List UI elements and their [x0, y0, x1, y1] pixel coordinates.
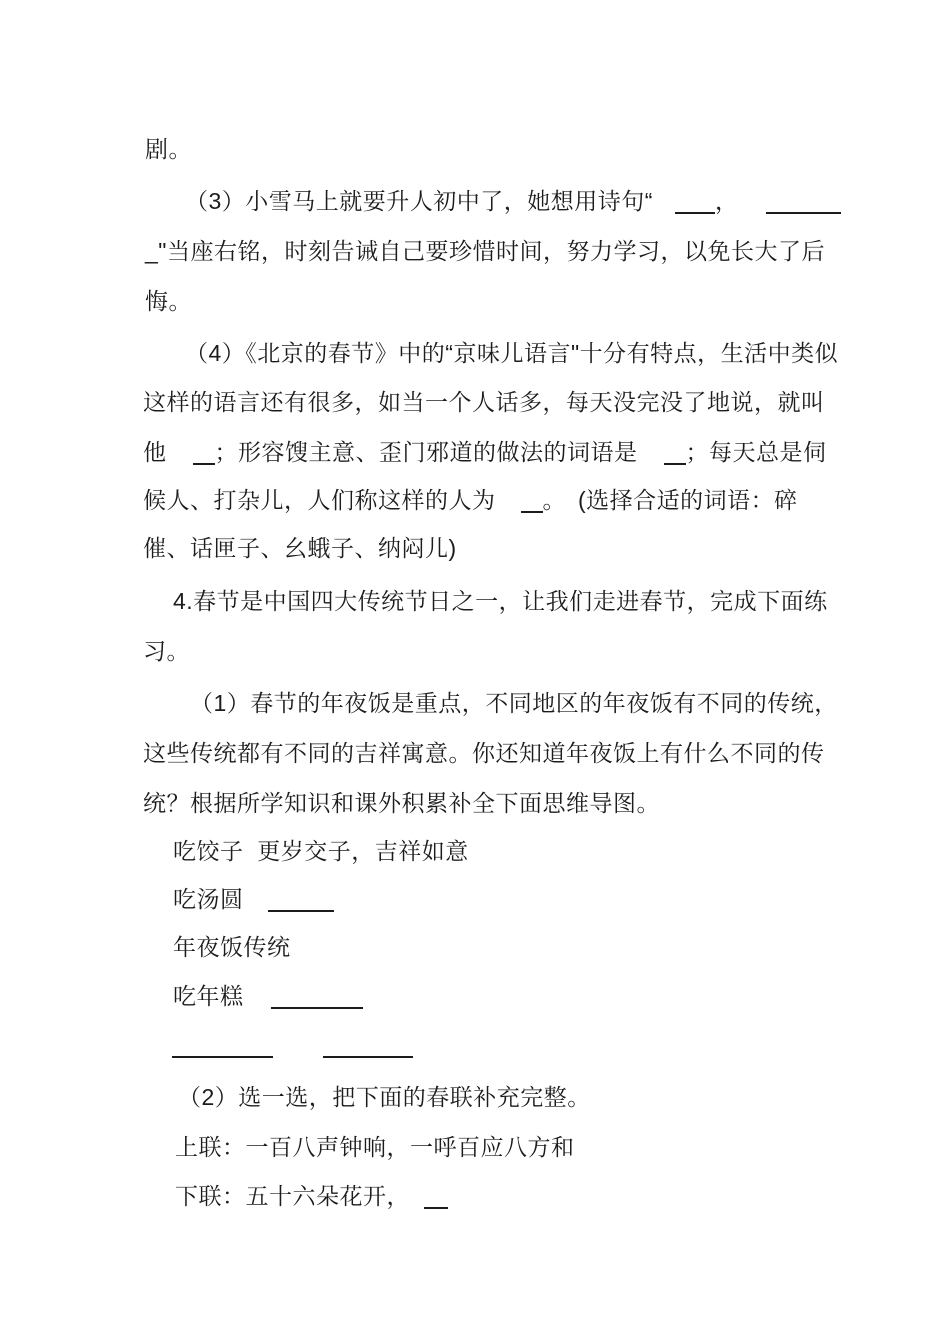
- answer-blank: [268, 910, 334, 912]
- answer-blank: [193, 463, 215, 465]
- text-run: 4.春节是中国四大传统节日之一，让我们走进春节，完成下面练: [173, 588, 828, 614]
- text-run: 统？根据所学知识和课外积累补全下面思维导图。: [143, 790, 660, 816]
- answer-blank: [521, 511, 543, 513]
- text-run: 他: [143, 439, 167, 465]
- text-run: 年夜饭传统: [173, 934, 291, 960]
- document-line: 习。: [143, 635, 190, 667]
- text-run: （1）春节的年夜饭是重点，不同地区的年夜饭有不同的传统，: [190, 690, 838, 716]
- text-run: 吃饺子 更岁交子，吉祥如意: [173, 838, 469, 864]
- text-run: 吃年糕: [173, 983, 244, 1009]
- answer-blank: [424, 1207, 448, 1209]
- document-line: 这样的语言还有很多，如当一个人话多，每天没完没了地说，就叫: [143, 386, 825, 418]
- text-run: 这样的语言还有很多，如当一个人话多，每天没完没了地说，就叫: [143, 389, 825, 415]
- text-run: 习。: [143, 638, 190, 664]
- document-line: 剧。: [145, 133, 192, 165]
- document-line: 吃年糕: [173, 980, 363, 1012]
- text-run: 催、话匣子、幺蛾子、纳闷儿): [143, 535, 457, 561]
- answer-blank: [675, 212, 715, 214]
- document-line: 上联：一百八声钟响，一呼百应八方和: [175, 1131, 575, 1163]
- answer-blank: [664, 463, 686, 465]
- document-line: 年夜饭传统: [173, 931, 291, 963]
- document-line: _"当座右铭，时刻告诫自己要珍惜时间，努力学习，以免长大了后: [145, 235, 825, 267]
- text-run: _"当座右铭，时刻告诫自己要珍惜时间，努力学习，以免长大了后: [145, 238, 825, 264]
- answer-blank: [172, 1056, 273, 1058]
- document-line: [172, 1029, 413, 1061]
- text-run: 吃汤圆: [173, 886, 244, 912]
- document-line: 催、话匣子、幺蛾子、纳闷儿): [143, 532, 457, 564]
- document-line: （4）《北京的春节》中的“京味儿语言"十分有特点，生活中类似: [185, 337, 838, 369]
- document-line: （2）选一选，把下面的春联补充完整。: [178, 1081, 591, 1113]
- document-line: 吃饺子 更岁交子，吉祥如意: [173, 835, 469, 867]
- text-run: ，: [715, 188, 739, 214]
- document-line: 悔。: [145, 285, 192, 317]
- text-run: 悔。: [145, 288, 192, 314]
- answer-blank: [271, 1007, 363, 1009]
- text-run: （2）选一选，把下面的春联补充完整。: [178, 1084, 591, 1110]
- document-page: 剧。（3）小雪马上就要升人初中了，她想用诗句“，_"当座右铭，时刻告诫自己要珍惜…: [0, 0, 950, 1344]
- answer-blank: [323, 1056, 413, 1058]
- document-line: 候人、打杂儿，人们称这样的人为。 (选择合适的词语：碎: [143, 484, 798, 516]
- document-line: 4.春节是中国四大传统节日之一，让我们走进春节，完成下面练: [173, 585, 828, 617]
- text-run: 下联：五十六朵花开，: [175, 1183, 410, 1209]
- answer-blank: [766, 212, 841, 214]
- document-line: （3）小雪马上就要升人初中了，她想用诗句“，: [185, 185, 841, 217]
- text-run: ；每天总是伺: [686, 439, 827, 465]
- text-run: 剧。: [145, 136, 192, 162]
- document-line: 吃汤圆: [173, 883, 334, 915]
- text-run: 候人、打杂儿，人们称这样的人为: [143, 487, 496, 513]
- text-run: 上联：一百八声钟响，一呼百应八方和: [175, 1134, 575, 1160]
- document-line: （1）春节的年夜饭是重点，不同地区的年夜饭有不同的传统，: [190, 687, 838, 719]
- document-line: 这些传统都有不同的吉祥寓意。你还知道年夜饭上有什么不同的传: [143, 737, 825, 769]
- document-line: 下联：五十六朵花开，: [175, 1180, 448, 1212]
- text-run: 这些传统都有不同的吉祥寓意。你还知道年夜饭上有什么不同的传: [143, 740, 825, 766]
- text-run: （4）《北京的春节》中的“京味儿语言"十分有特点，生活中类似: [185, 340, 838, 366]
- document-line: 他；形容馊主意、歪门邪道的做法的词语是；每天总是伺: [143, 436, 827, 468]
- document-line: 统？根据所学知识和课外积累补全下面思维导图。: [143, 787, 660, 819]
- text-run: （3）小雪马上就要升人初中了，她想用诗句“: [185, 188, 653, 214]
- text-run: ；形容馊主意、歪门邪道的做法的词语是: [215, 439, 638, 465]
- text-run: 。 (选择合适的词语：碎: [543, 487, 798, 513]
